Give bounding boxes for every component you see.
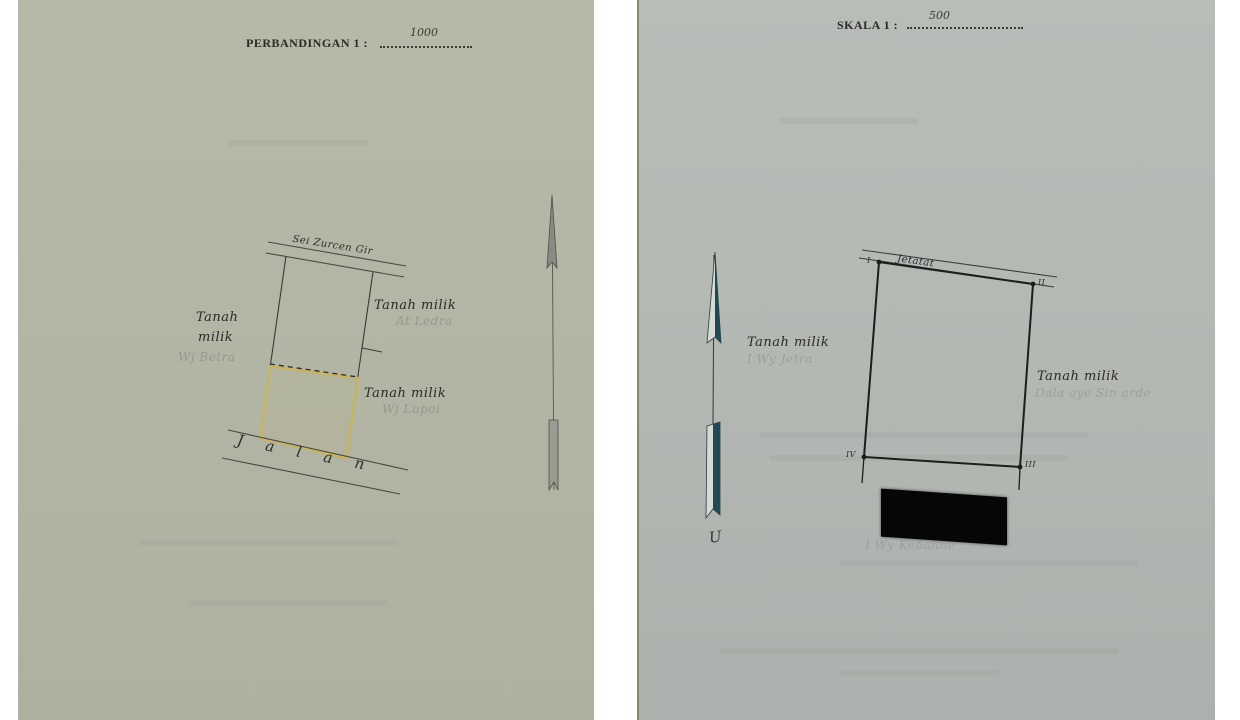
neighbor-right-owner: Dala aye Sin arde <box>1035 386 1151 400</box>
corner-label-2: II <box>1038 278 1045 287</box>
land-parcel-sketch-left <box>18 0 594 720</box>
right-document-page: SKALA 1 : 500 Jetatat I II III IV Tanah … <box>637 0 1215 720</box>
north-letter: U <box>708 527 724 547</box>
neighbor-left-owner: I Wy Jetra <box>747 352 813 366</box>
neighbor-right-label: Tanah milik <box>1037 369 1119 384</box>
corner-label-1: I <box>867 256 871 265</box>
neighbor-left-label: Tanah milik <box>747 335 829 350</box>
neighbor-right-lower-owner: Wj Lupoi <box>382 402 440 416</box>
redaction-block <box>881 489 1007 546</box>
neighbor-bottom-owner: I Wy Kebanne <box>865 538 955 552</box>
neighbor-right-upper-owner: At Ledra <box>396 314 453 328</box>
north-arrow-icon <box>544 195 562 490</box>
land-parcel-sketch-right <box>639 0 1215 720</box>
neighbor-right-upper-label: Tanah milik <box>374 298 456 313</box>
neighbor-left-label-1: Tanah <box>196 310 238 325</box>
neighbor-left-owner: Wj Betra <box>178 350 236 364</box>
neighbor-left-label-2: milik <box>198 330 233 345</box>
left-document-page: PERBANDINGAN 1 : 1000 Sei Zurcen Gir J a… <box>18 0 594 720</box>
neighbor-right-lower-label: Tanah milik <box>364 386 446 401</box>
corner-label-3: III <box>1025 460 1036 469</box>
north-arrow-icon <box>705 252 723 518</box>
corner-label-4: IV <box>846 450 856 459</box>
